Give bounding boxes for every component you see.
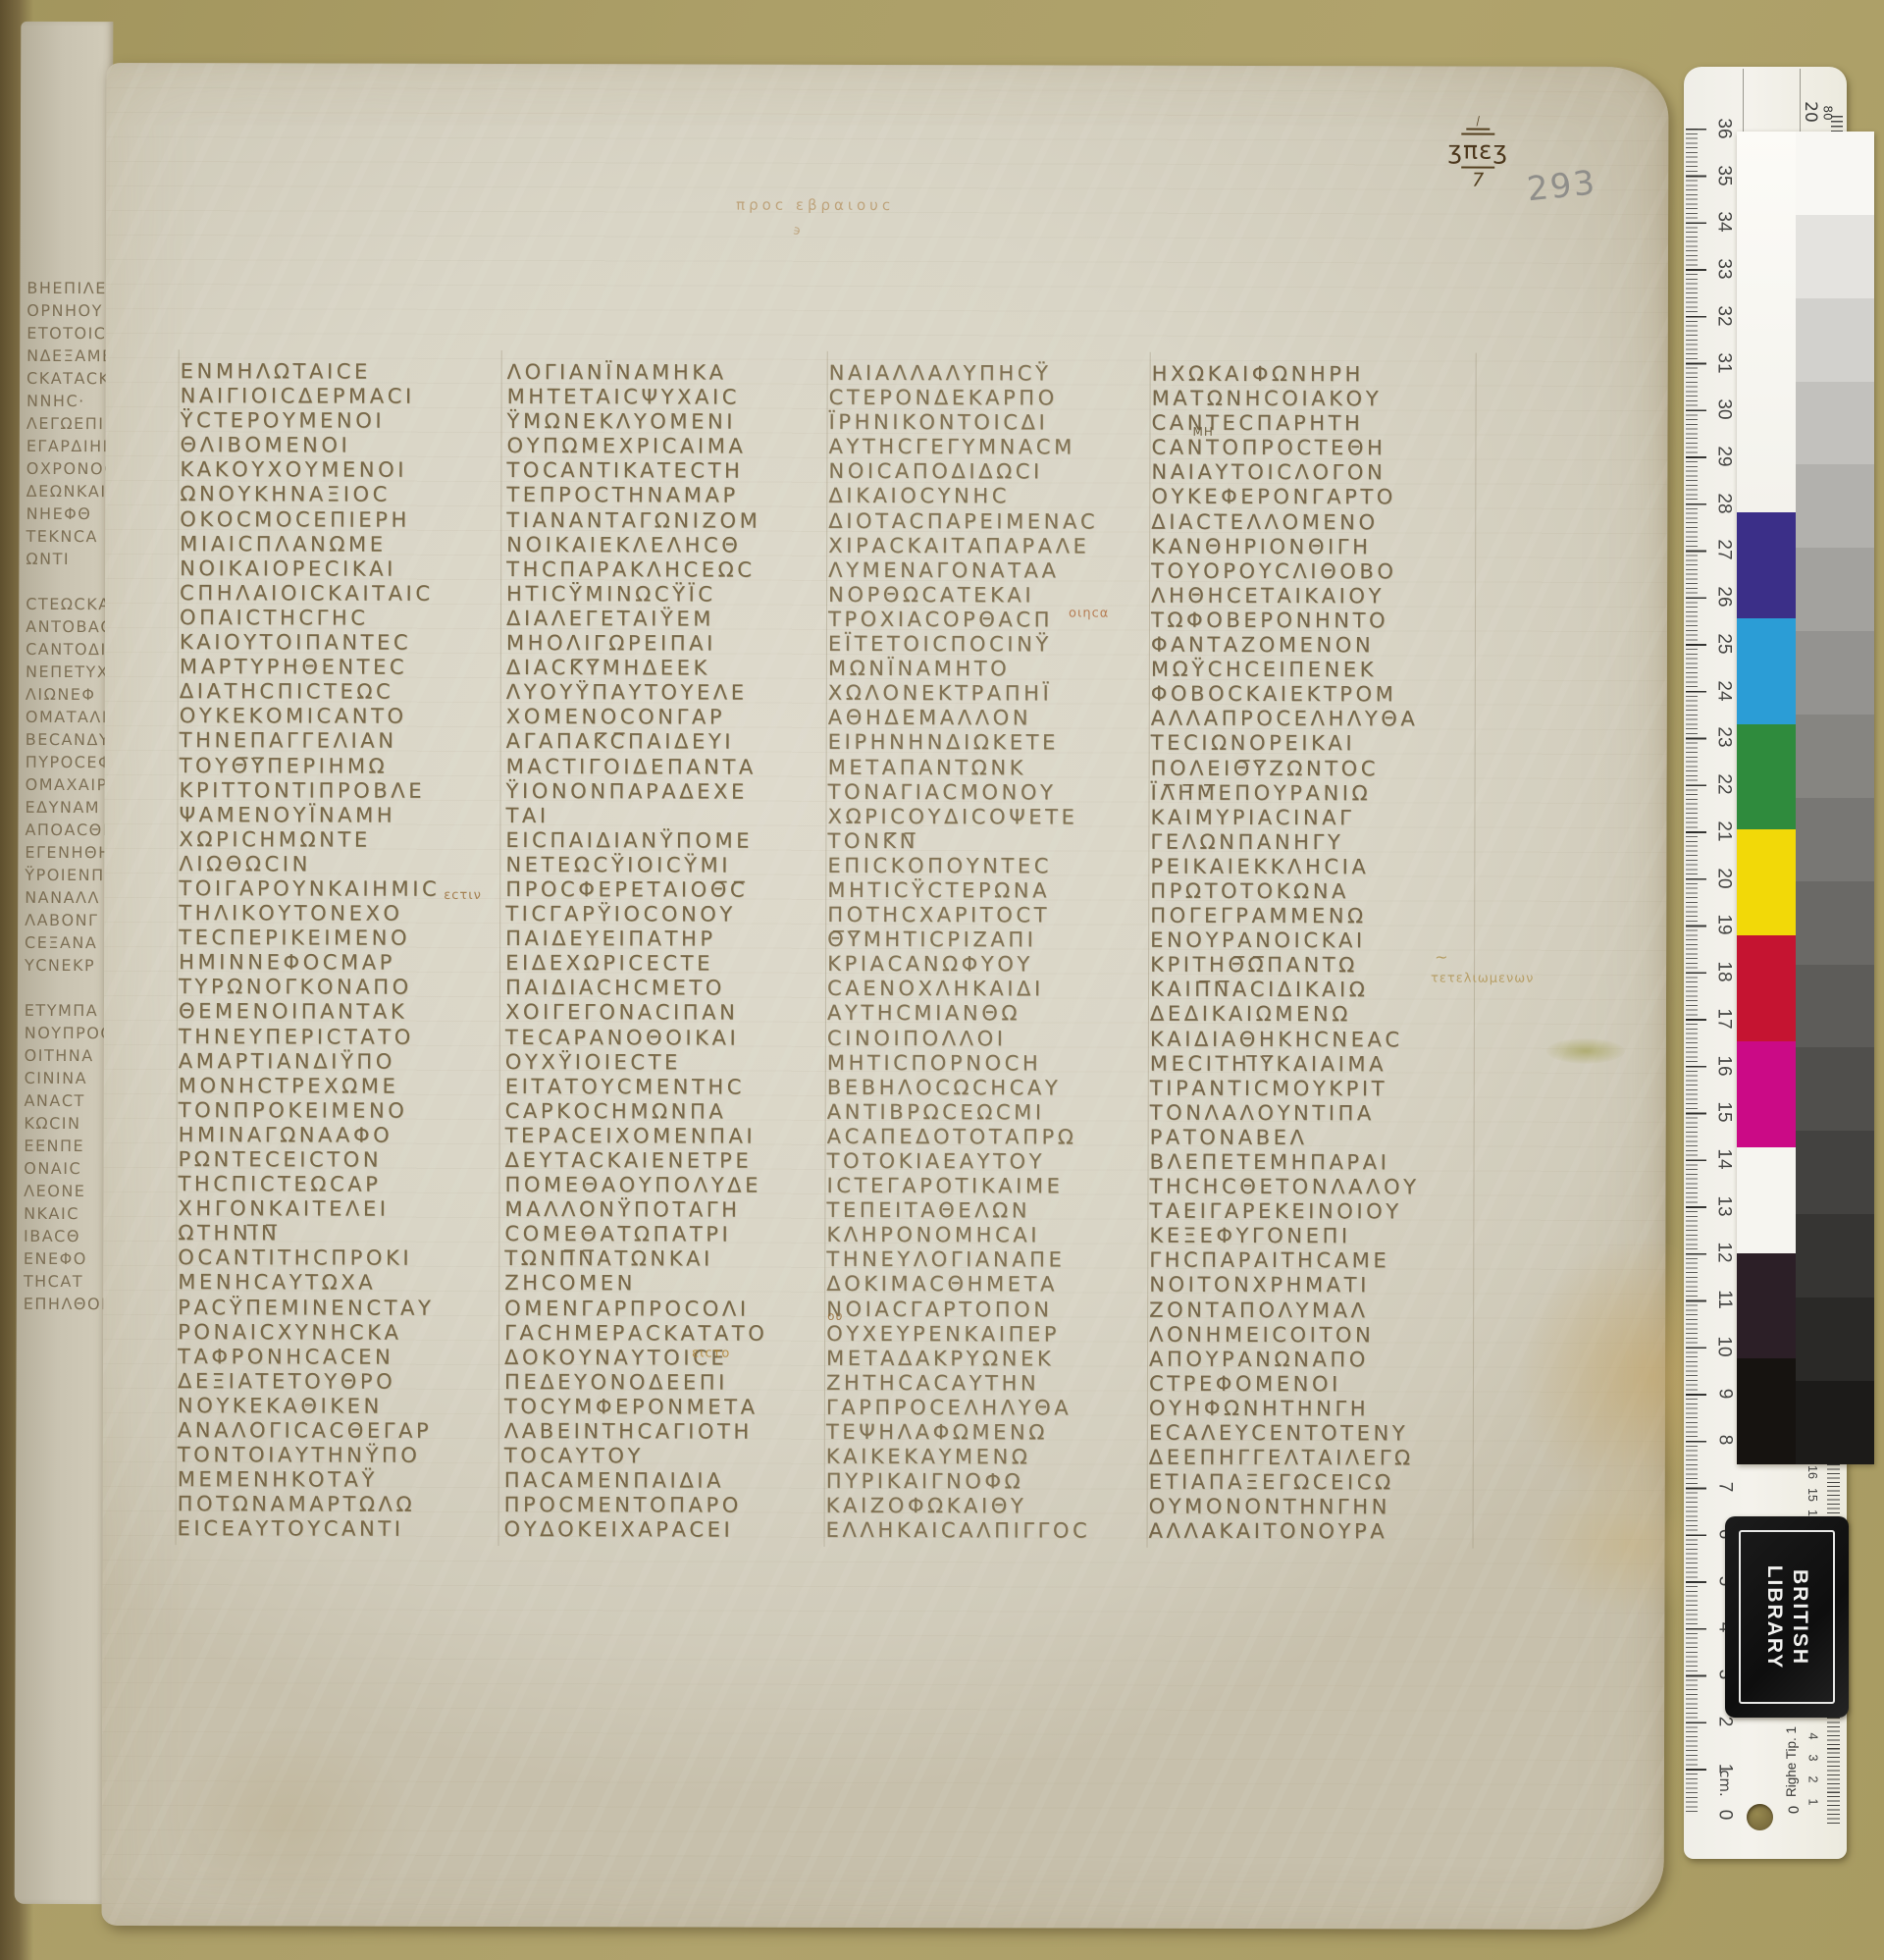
manuscript-line: ΔΙΑΤΗϹΠΙϹΤΕΩϹ <box>180 679 505 705</box>
manuscript-partial-line: ΑΠΟΑϹΘΕ <box>25 819 111 841</box>
manuscript-line: ϹΑΡΚΟϹΗΜΩΝΠΑ <box>505 1099 831 1125</box>
grayscale-step <box>1796 965 1874 1048</box>
cm-number: 2 <box>1713 1717 1735 1727</box>
manuscript-line: ΑΜΑΡΤΙΑΝΔΙΫΠΟ <box>179 1049 504 1075</box>
manuscript-line: ΧΩΛΟΝΕΚΤΡΑΠΗΪ <box>828 681 1154 707</box>
manuscript-line: ΕΙϹΕΑΥΤΟΥϹΑΝΤΙ <box>178 1517 503 1543</box>
manuscript-partial-line: ΤΗϹΑΤ <box>24 1270 110 1293</box>
manuscript-line: ΜΗΤΙϹΠΟΡΝΟϹΗ <box>827 1050 1153 1076</box>
manuscript-line: ΙϹΤΕΓΑΡΟΤΙΚΑΙΜΕ <box>826 1174 1152 1199</box>
cm-number: 27 <box>1713 540 1735 560</box>
cm-number: 24 <box>1713 680 1735 701</box>
manuscript-partial-line: ΕΓΑΡΔΙΗΓ <box>26 435 113 457</box>
manuscript-line: ΤΟΤΟΚΙΑΕΑΥΤΟΥ <box>827 1149 1153 1175</box>
manuscript-line: ΤΗϹΠΙϹΤΕΩϹΑΡ <box>178 1172 503 1197</box>
manuscript-line: ΑΓΑΠΑΚ̅Ϲ̅ΠΑΙΔΕΥΙ <box>506 729 832 755</box>
manuscript-partial-line <box>26 570 112 593</box>
color-patch <box>1737 1041 1796 1147</box>
manuscript-line: ΕΝΜΗΛΩΤΑΙϹΕ <box>181 359 506 385</box>
manuscript-line: ΤΟϹΥΜΦΕΡΟΝΜΕΤΑ <box>504 1395 830 1420</box>
cm-number: 26 <box>1713 587 1735 608</box>
manuscript-line: ΕΝΟΥΡΑΝΟΙϹΚΑΙ <box>1150 928 1476 954</box>
manuscript-line: ΜΑΡΤΥΡΗΘΕΝΤΕϹ <box>180 655 505 680</box>
manuscript-line: ΧΟΜΕΝΟϹΟΝΓΑΡ <box>506 705 832 730</box>
grayscale-step <box>1796 132 1874 215</box>
manuscript-partial-line: ΛΑΒΟΝΓ <box>25 909 111 931</box>
manuscript-line: ΤΟΝΤΟΙΑΥΤΗΝΫΠΟ <box>178 1443 503 1468</box>
cm-number-slot: 14 <box>1708 1136 1740 1183</box>
righe-number-slot: 2 <box>1800 1769 1825 1790</box>
manuscript-line: ΔΙΚΑΙΟϹΥΝΗϹ <box>828 484 1154 509</box>
manuscript-line: ΟΥΧΕΥΡΕΝΚΑΙΠΕΡ <box>826 1322 1152 1348</box>
color-patch <box>1737 829 1796 935</box>
cm-number-slot: 27 <box>1708 527 1740 574</box>
corrector-note-estin: εϲτιν <box>444 888 482 903</box>
manuscript-line: ΝΟΙϹΑΠΟΔΙΔΩϹΙ <box>828 459 1154 485</box>
cm-number: 30 <box>1713 399 1735 420</box>
cm-number: 33 <box>1713 258 1735 279</box>
cm-number: 0 <box>1713 1810 1735 1821</box>
manuscript-partial-line: ϹΑΝΤΟΔΙΚ <box>26 638 112 661</box>
manuscript-line: ΛΑΒΕΙΝΤΗϹΑΓΙΟΤΗ <box>504 1419 830 1445</box>
manuscript-line: ΠΕΔΕΥΟΝΟΔΕΕΠΙ <box>504 1370 830 1396</box>
manuscript-line: ΝΟΙΑϹΓΑΡΤΟΠΟΝ <box>826 1297 1152 1322</box>
cm-number-slot: 30 <box>1708 386 1740 433</box>
manuscript-line: ΚΕΞΕΦΥΓΟΝΕΠΙ <box>1149 1224 1475 1249</box>
cm-number: 34 <box>1713 212 1735 233</box>
manuscript-partial-line: ΕΤΥΜΠΑ <box>25 999 111 1022</box>
corrector-note-ou: ου <box>827 1309 843 1323</box>
manuscript-partial-line: ΝΔΕΞΑΜΕ <box>26 344 113 367</box>
manuscript-partial-line: ΩΝΤΙ <box>26 548 112 570</box>
manuscript-line: ΤΗΝΕΠΑΓΓΕΛΙΑΝ <box>180 729 505 755</box>
cm-number: 35 <box>1713 165 1735 185</box>
cm-number: 32 <box>1713 305 1735 326</box>
color-patch <box>1737 724 1796 830</box>
cm-number-slot: 36 <box>1708 105 1740 152</box>
cm-number-slot: 17 <box>1708 995 1740 1042</box>
manuscript-line: ΠΑϹΑΜΕΝΠΑΙΔΙΑ <box>504 1468 830 1494</box>
manuscript-line: ΑΥΤΗϹΜΙΑΝΘΩ <box>827 1001 1153 1027</box>
previous-folio-text-column: ΒΗΕΠΙΛΕΤΟΡΝΗΟΥΕΤΟΤΟΙϹΑΙΝΔΕΞΑΜΕϹΚΑΤΑϹΚΟΝΝ… <box>24 277 114 1315</box>
manuscript-line: ΟΥΗΦΩΝΗΤΗΝΓΗ <box>1149 1397 1475 1422</box>
cm-number-slot: 8 <box>1708 1417 1740 1464</box>
manuscript-line: ΠΟΓΕΓΡΑΜΜΕΝΩ <box>1150 904 1476 929</box>
manuscript-line: ΑΥΤΗϹΓΕΓΥΜΝΑϹΜ <box>828 435 1154 460</box>
cm-number: 25 <box>1713 633 1735 654</box>
manuscript-partial-line: ΛΕΓΩΕΠΙ <box>26 412 113 435</box>
manuscript-line: ΪΡΗΝΙΚΟΝΤΟΙϹΔΙ <box>828 410 1154 436</box>
cm-number-slot: 24 <box>1708 667 1740 715</box>
cm-number-slot: 7 <box>1708 1463 1740 1510</box>
manuscript-line: ΝΟΙΚΑΙΟΡΕϹΙΚΑΙ <box>180 556 505 582</box>
manuscript-line: ΖΗϹΟΜΕΝ <box>504 1271 830 1297</box>
manuscript-line: ΚΑΙΖΟΦΩΚΑΙΘΥ <box>826 1494 1152 1519</box>
manuscript-partial-line: ϹΤΕΩϹΚΑΤΗ <box>26 593 112 615</box>
quire-mark: ʒπεʒ <box>1437 137 1519 163</box>
manuscript-line: ΜΕΤΑΠΑΝΤΩΝΚ <box>828 755 1154 780</box>
cm-number: 16 <box>1713 1055 1735 1076</box>
card-white-area <box>1737 132 1796 512</box>
manuscript-line: ΠΟΤΩΝΑΜΑΡΤΩΛΩ <box>178 1492 503 1517</box>
manuscript-line: ΗΧΩΚΑΙΦΩΝΗΡΗ <box>1152 362 1478 388</box>
manuscript-line: Θ̅Υ̅ΜΗΤΙϹΡΙΖΑΠΙ <box>827 927 1153 953</box>
manuscript-partial-line <box>25 977 111 999</box>
manuscript-line: ΟΚΟϹΜΟϹΕΠΙΕΡΗ <box>180 507 505 533</box>
cm-number: 19 <box>1713 915 1735 935</box>
running-title: προϲ εβραιουϲ <box>736 196 894 214</box>
grayscale-step <box>1796 548 1874 631</box>
manuscript-line: ΚΡΙΤΤΟΝΤΙΠΡΟΒΛΕ <box>180 778 505 804</box>
corrector-note-tilde: ∼ <box>1435 947 1448 966</box>
manuscript-line: ΘΛΙΒΟΜΕΝΟΙ <box>180 433 505 458</box>
cm-number-slot: 16 <box>1708 1042 1740 1089</box>
manuscript-line: ΜΗΤΕΤΑΙϹΨΥΧΑΙϹ <box>507 385 833 410</box>
color-patch <box>1737 935 1796 1041</box>
manuscript-line: ΓΑΡΠΡΟϹΕΛΗΛΥΘΑ <box>826 1396 1152 1421</box>
righe-number: 2 <box>1805 1776 1819 1783</box>
manuscript-line: ΠΑΙΔΕΥΕΙΠΑΤΗΡ <box>505 927 831 952</box>
manuscript-partial-line: ΛΙΩΝΕΦ <box>26 683 112 706</box>
label-text: BRITISH LIBRARY <box>1761 1564 1812 1669</box>
cm-number: 15 <box>1713 1102 1735 1123</box>
manuscript-line: ΤΙΑΝΑΝΤΑΓΩΝΙΖΟΜ <box>506 508 832 534</box>
manuscript-line: ΜΕΜΕΝΗΚΟΤΑΫ <box>178 1467 503 1493</box>
corrector-note-poiesate: οιηϲα <box>1069 606 1109 620</box>
cm-number: 8 <box>1713 1435 1735 1446</box>
manuscript-line: ΤΗΝΕΥΠΕΡΙϹΤΑΤΟ <box>179 1025 504 1050</box>
british-library-label: BRITISH LIBRARY <box>1725 1516 1849 1718</box>
color-patches <box>1737 512 1796 1464</box>
manuscript-line: ΤΥΡΩΝΟΓΚΟΝΑΠΟ <box>179 975 504 1000</box>
cm-number-slot: 11 <box>1708 1276 1740 1323</box>
manuscript-line: ΕΠΙϹΚΟΠΟΥΝΤΕϹ <box>827 854 1153 879</box>
righe-number-slot: 15 <box>1800 1483 1825 1505</box>
righe-number: 4 <box>1805 1732 1819 1739</box>
manuscript-line: ΩΝΟΥΚΗΝΑΞΙΟϹ <box>180 483 505 508</box>
manuscript-line: ΚΑΚΟΥΧΟΥΜΕΝΟΙ <box>180 457 505 483</box>
cm-number: 12 <box>1713 1243 1735 1263</box>
manuscript-line: ΟΥΚΕΚΟΜΙϹΑΝΤΟ <box>180 704 505 729</box>
manuscript-line: ΡΑϹΫΠΕΜΙΝΕΝϹΤΑΥ <box>178 1296 503 1321</box>
manuscript-line: ΡΕΙΚΑΙΕΚΚΛΗϹΙΑ <box>1150 855 1476 880</box>
manuscript-line: ΦΟΒΟϹΚΑΙΕΚΤΡΟΜ <box>1151 682 1477 708</box>
manuscript-line: ϹΤΕΡΟΝΔΕΚΑΡΠΟ <box>829 386 1155 411</box>
cm-number-slot: 0 <box>1708 1791 1740 1838</box>
manuscript-line: ΤΗΝΕΥΛΟΓΙΑΝΑΠΕ <box>826 1247 1152 1273</box>
text-column-4: ΗΧΩΚΑΙΦΩΝΗΡΗΜΑΤΩΝΗϹΟΙΑΚΟΥϹΑΝΤΕϹΠΑΡΗΤΗϹΑΝ… <box>1149 362 1478 1545</box>
cm-number-slot: 13 <box>1708 1183 1740 1230</box>
manuscript-line: ΤΩΝΠ̅Ν̅ΑΤΩΝΚΑΙ <box>504 1246 830 1272</box>
grayscale-step <box>1796 215 1874 298</box>
cm-number-slot: 34 <box>1708 198 1740 245</box>
manuscript-line: ΤΙϹΓΑΡΫΙΟϹΟΝΟΥ <box>505 902 831 927</box>
manuscript-line: ΧΙΡΑϹΚΑΙΤΑΠΑΡΑΛΕ <box>828 534 1154 559</box>
cm-number-slot: 25 <box>1708 620 1740 667</box>
manuscript-line: ΚΑΙΜΥΡΙΑϹΙΝΑΓ <box>1150 805 1476 830</box>
manuscript-line: ΤΗΛΙΚΟΥΤΟΝΕΧΟ <box>179 901 504 927</box>
righe-number: 15 <box>1805 1488 1819 1502</box>
manuscript-partial-line: ΕΓΕΝΗΘΗ <box>25 841 111 864</box>
manuscript-partial-line: ϹΙΝΙΝΑ <box>25 1067 111 1089</box>
cm-number: 31 <box>1713 352 1735 373</box>
manuscript-partial-line: ΠΥΡΟϹΕΦ <box>26 751 112 773</box>
cm-number-slot: 28 <box>1708 480 1740 527</box>
manuscript-line: ΔΙΟΤΑϹΠΑΡΕΙΜΕΝΑϹ <box>828 508 1154 534</box>
manuscript-line: ΝΟΡΘΩϹΑΤΕΚΑΙ <box>828 583 1154 609</box>
manuscript-line: ΤΑΦΡΟΝΗϹΑϹΕΝ <box>178 1345 503 1370</box>
previous-folio-edge: ΒΗΕΠΙΛΕΤΟΡΝΗΟΥΕΤΟΤΟΙϹΑΙΝΔΕΞΑΜΕϹΚΑΤΑϹΚΟΝΝ… <box>15 22 114 1904</box>
cm-number-slot: 20 <box>1708 855 1740 902</box>
manuscript-line: ϹΑΕΝΟΧΛΗΚΑΙΔΙ <box>827 977 1153 1002</box>
quire-signature: ⁄ ʒπεʒ 7 <box>1437 117 1519 188</box>
manuscript-line: ΟΥΜΟΝΟΝΤΗΝΓΗΝ <box>1149 1495 1475 1520</box>
manuscript-line: ΚΑΙΟΥΤΟΙΠΑΝΤΕϹ <box>180 630 505 656</box>
righe-number-slot: 3 <box>1800 1747 1825 1769</box>
manuscript-line: ΠΟΤΗϹΧΑΡΙΤΟϹΤ <box>827 903 1153 928</box>
ruler-printed-line <box>1743 69 1744 133</box>
manuscript-line: ΑΛΛΑΚΑΙΤΟΝΟΥΡΑ <box>1149 1519 1475 1545</box>
righe-number: 16 <box>1805 1465 1819 1479</box>
manuscript-partial-line: ΝΝΗϹ· <box>26 390 113 412</box>
cm-number-slot: 19 <box>1708 901 1740 948</box>
manuscript-line: ΜΑΛΛΟΝΫΠΟΤΑΓΗ <box>504 1197 830 1223</box>
manuscript-line: ΤΟΥΘ̅Υ̅ΠΕΡΙΗΜΩ <box>180 754 505 779</box>
righe-number-slot: 4 <box>1800 1725 1825 1747</box>
manuscript-line: ΠΡΩΤΟΤΟΚΩΝΑ <box>1150 879 1476 905</box>
grayscale-step <box>1796 1047 1874 1131</box>
manuscript-line: ΜΟΝΗϹΤΡΕΧΩΜΕ <box>179 1074 504 1099</box>
manuscript-line: ΑΛΛΑΠΡΟϹΕΛΗΛΥΘΑ <box>1151 707 1477 732</box>
manuscript-line: ΔΙΑϹΚ̅Υ̅ΜΗΔΕΕΚ <box>506 656 832 681</box>
righe-zero: 0 <box>1784 1806 1800 1815</box>
cm-number-slot: 26 <box>1708 573 1740 620</box>
manuscript-line: ΔΕΔΙΚΑΙΩΜΕΝΩ <box>1150 1002 1476 1028</box>
manuscript-page: προϲ εβραιουϲ ϶ ⁄ ʒπεʒ 7 293 ΕΝΜΗΛΩΤΑΙϹΕ… <box>102 63 1669 1930</box>
quire-flourish: 7 <box>1437 171 1519 188</box>
manuscript-line: ΔΕΕΠΗΓΓΕΛΤΑΙΛΕΓΩ <box>1149 1446 1475 1471</box>
cm-number-slot: 29 <box>1708 433 1740 480</box>
manuscript-line: ΛΟΝΗΜΕΙϹΟΙΤΟΝ <box>1149 1322 1475 1348</box>
manuscript-line: ΦΑΝΤΑΖΟΜΕΝΟΝ <box>1151 633 1477 659</box>
manuscript-line: ΕϹΑΛΕΥϹΕΝΤΟΤΕΝΥ <box>1149 1421 1475 1447</box>
cm-number: 13 <box>1713 1195 1735 1216</box>
parchment-stain <box>161 1722 417 1919</box>
color-patch <box>1737 1253 1796 1359</box>
manuscript-line: ΡΩΝΤΕϹΕΙϹΤΟΝ <box>179 1147 504 1173</box>
color-patch <box>1737 1358 1796 1464</box>
manuscript-line: ΤΕϹΑΡΑΝΟΘΟΙΚΑΙ <box>505 1026 831 1051</box>
label-line-library: LIBRARY <box>1761 1564 1787 1669</box>
manuscript-line: ΑϹΑΠΕΔΟΤΟΤΑΠΡΩ <box>827 1125 1153 1150</box>
manuscript-line: ΛΟΓΙΑΝΪΝΑΜΗΚΑ <box>507 360 833 386</box>
grayscale-step <box>1796 1381 1874 1464</box>
manuscript-line: ΚΡΙΤΗΘ̅Ω̅ΠΑΝΤΩ <box>1150 953 1476 979</box>
manuscript-line: ΤΕΠΕΙΤΑΘΕΛΩΝ <box>826 1198 1152 1224</box>
cm-number-slot: 9 <box>1708 1370 1740 1417</box>
manuscript-line: ΕΛΛΗΚΑΙϹΑΛΠΙΓΓΟϹ <box>826 1518 1152 1544</box>
manuscript-line: ΟΥΠΩΜΕΧΡΙϹΑΙΜΑ <box>506 434 832 459</box>
manuscript-line: ΧΩΡΙϹΗΜΩΝΤΕ <box>179 827 504 853</box>
manuscript-partial-line: ϹΕΞΑΝΑ <box>25 931 111 954</box>
manuscript-partial-line: ΟΧΡΟΝΟϹ <box>26 457 113 480</box>
manuscript-partial-line: ΕΔΥΝΑΜ <box>26 796 112 819</box>
manuscript-line: ΑΘΗΔΕΜΑΛΛΟΝ <box>828 706 1154 731</box>
righe-number-slot: 16 <box>1800 1461 1825 1483</box>
cm-number: 22 <box>1713 774 1735 795</box>
manuscript-partial-line: ΝΕΠΕΤΥΧ <box>26 661 112 683</box>
ruler-hole <box>1747 1804 1773 1830</box>
manuscript-partial-line: ΟΜΑΧΑΙΡ <box>26 773 112 796</box>
text-column-1: ΕΝΜΗΛΩΤΑΙϹΕΝΑΙΓΙΟΙϹΔΕΡΜΑϹΙΫϹΤΕΡΟΥΜΕΝΟΙΘΛ… <box>178 359 506 1542</box>
righe-number-slot: 1 <box>1800 1791 1825 1813</box>
manuscript-line: ΜΙΑΙϹΠΛΑΝΩΜΕ <box>180 532 505 557</box>
manuscript-line: ΜΕΝΗϹΑΥΤΩΧΑ <box>178 1271 503 1297</box>
manuscript-line: ΜΩΝΪΝΑΜΗΤΟ <box>828 657 1154 682</box>
manuscript-line: ΤΟϹΑΝΤΙΚΑΤΕϹΤΗ <box>506 458 832 484</box>
parchment-stain <box>1546 1038 1625 1064</box>
manuscript-line: ΑΝΤΙΒΡΩϹΕΩϹΜΙ <box>827 1100 1153 1126</box>
manuscript-line: ΓΕΛΩΝΠΑΝΗΓΥ <box>1150 829 1476 855</box>
grayscale-step <box>1796 715 1874 798</box>
manuscript-line: ΤΗϹΠΑΡΑΚΛΗϹΕΩϹ <box>506 557 832 583</box>
cm-number: 36 <box>1713 118 1735 138</box>
manuscript-line: ΧΟΙΓΕΓΟΝΑϹΙΠΑΝ <box>505 1000 831 1026</box>
manuscript-line: ΓΑϹΗΜΕΡΑϹΚΑΤΑΤΟ <box>504 1321 830 1347</box>
manuscript-line: ΠΟΛΕΙΘ̅Υ̅ΖΩΝΤΟϹ <box>1151 756 1477 781</box>
manuscript-line: ΔΙΑϹΤΕΛΛΟΜΕΝΟ <box>1151 509 1477 535</box>
manuscript-line: ΗΜΙΝΑΓΩΝΑΑΦΟ <box>179 1123 504 1148</box>
manuscript-line: ΤΟΝΠΡΟΚΕΙΜΕΝΟ <box>179 1098 504 1124</box>
cm-number-slot: 31 <box>1708 340 1740 387</box>
text-column-3: ΝΑΙΑΛΛΑΛΥΠΗϹΫϹΤΕΡΟΝΔΕΚΑΡΠΟΪΡΗΝΙΚΟΝΤΟΙϹΔΙ… <box>826 361 1155 1544</box>
manuscript-line: ΫΜΩΝΕΚΛΥΟΜΕΝΙ <box>506 409 832 435</box>
manuscript-line: ΝΑΙΓΙΟΙϹΔΕΡΜΑϹΙ <box>181 384 506 409</box>
manuscript-line: ΜΕΤΑΔΑΚΡΥΩΝΕΚ <box>826 1347 1152 1372</box>
manuscript-line: ΖΟΝΤΑΠΟΛΥΜΑΛ <box>1149 1298 1475 1323</box>
manuscript-line: ΚΡΙΑϹΑΝΩΦΥΟΥ <box>827 952 1153 978</box>
manuscript-line: ΠΟΜΕΘΑΟΥΠΟΛΥΔΕ <box>504 1173 830 1198</box>
grayscale-step <box>1796 298 1874 382</box>
manuscript-line: ΛΥΜΕΝΑΓΟΝΑΤΑΑ <box>828 558 1154 584</box>
manuscript-line: ΠΥΡΙΚΑΙΓΝΟΦΩ <box>826 1469 1152 1495</box>
cm-number: 7 <box>1713 1482 1735 1493</box>
manuscript-line: ΛΥΟΥΫΠΑΥΤΟΥΕΛΕ <box>506 680 832 706</box>
manuscript-partial-line: ϹΚΑΤΑϹΚΟ <box>26 367 113 390</box>
manuscript-line: ΝΟΙΤΟΝΧΡΗΜΑΤΙ <box>1149 1273 1475 1298</box>
manuscript-line: ΟϹΑΝΤΙΤΗϹΠΡΟΚΙ <box>178 1245 503 1271</box>
manuscript-line: ϹΙΝΟΙΠΟΛΛΟΙ <box>827 1026 1153 1051</box>
manuscript-line: ΓΗϹΠΑΡΑΙΤΗϹΑΜΕ <box>1149 1248 1475 1274</box>
manuscript-partial-line: ΑΝΑϹΤ <box>24 1089 110 1112</box>
cm-number-slot: 10 <box>1708 1323 1740 1370</box>
manuscript-partial-line: ΝΑΝΑΛΛ <box>25 886 111 909</box>
manuscript-line: ΤΑΙ <box>505 804 831 829</box>
corrector-note-teteliomenon: τετελιωμενων <box>1431 971 1534 985</box>
manuscript-line: ΝΟΥΚΕΚΑΘΙΚΕΝ <box>178 1394 503 1419</box>
manuscript-line: ΡΑΤΟΝΑΒΕΛ <box>1150 1126 1476 1151</box>
righe-number: 1 <box>1805 1798 1819 1805</box>
grayscale-step <box>1796 881 1874 965</box>
manuscript-partial-line: ΝΟΥΠΡΟϹ <box>25 1022 111 1044</box>
grayscale-step <box>1796 1298 1874 1381</box>
manuscript-line: ΗΤΙϹΫΜΙΝΩϹΫΪϹ <box>506 582 832 608</box>
manuscript-line: ΔΟΚΟΥΝΑΥΤΟΙϹΕ <box>504 1346 830 1371</box>
manuscript-line: ΚΑΙΔΙΑΘΗΚΗϹΝΕΑϹ <box>1150 1027 1476 1052</box>
manuscript-partial-line: ΟΜΑΤΑΛΕΟ <box>26 706 112 728</box>
cm-number-slot: 33 <box>1708 245 1740 292</box>
manuscript-line: ΔΕΞΙΑΤΕΤΟΥΘΡΟ <box>178 1369 503 1395</box>
label-line-british: BRITISH <box>1787 1564 1812 1669</box>
manuscript-line: ΝΟΙΚΑΙΕΚΛΕΛΗϹΘ <box>506 533 832 558</box>
manuscript-line: ΔΙΑΛΕΓΕΤΑΙΫΕΜ <box>506 607 832 632</box>
manuscript-line: ΤΩΦΟΒΕΡΟΝΗΝΤΟ <box>1151 609 1477 634</box>
quire-bar <box>1461 167 1494 169</box>
manuscript-line: ΠΡΟϹΜΕΝΤΟΠΑΡΟ <box>504 1493 830 1518</box>
manuscript-line: ΑΠΟΥΡΑΝΩΝΑΠΟ <box>1149 1347 1475 1372</box>
cm-number-slot: 21 <box>1708 808 1740 855</box>
manuscript-line: ΤΟϹΑΥΤΟΥ <box>504 1444 830 1469</box>
color-patch <box>1737 512 1796 618</box>
color-patch <box>1737 1147 1796 1253</box>
manuscript-line: ΒΕΒΗΛΟϹΩϹΗϹΑΥ <box>827 1076 1153 1101</box>
manuscript-line: ϹΠΗΛΑΙΟΙϹΚΑΙΤΑΙϹ <box>180 581 505 607</box>
corrector-note-me: ΜΗ <box>1192 425 1213 439</box>
manuscript-line: ΚΛΗΡΟΝΟΜΗϹΑΙ <box>826 1223 1152 1248</box>
manuscript-line: ΝΑΙΑΛΛΑΛΥΠΗϹΫ <box>829 361 1155 387</box>
manuscript-line: ϹΑΝΤΟΠΡΟϹΤΕΘΗ <box>1151 436 1477 461</box>
cm-number: 21 <box>1713 821 1735 841</box>
manuscript-line: ϹΤΡΕΦΟΜΕΝΟΙ <box>1149 1372 1475 1398</box>
manuscript-line: ΪΛ̅Η̅Μ̅ΕΠΟΥΡΑΝΙΩ <box>1151 780 1477 806</box>
manuscript-line: ΚΑΙΠ̅Ν̅ΑϹΙΔΙΚΑΙΩ <box>1150 978 1476 1003</box>
manuscript-line: ΤΕΡΑϹΕΙΧΟΜΕΝΠΑΙ <box>505 1124 831 1149</box>
manuscript-partial-line: ΙΒΑϹΘ <box>24 1225 110 1247</box>
manuscript-line: ΕΙϹΠΑΙΔΙΑΝΫΠΟΜΕ <box>505 828 831 854</box>
manuscript-line: ΜΗΟΛΙΓΩΡΕΙΠΑΙ <box>506 631 832 657</box>
manuscript-line: ΫϹΤΕΡΟΥΜΕΝΟΙ <box>180 408 505 434</box>
manuscript-line: ΟΥΧΫΙΟΙΕϹΤΕ <box>505 1050 831 1076</box>
manuscript-line: ΫΙΟΝΟΝΠΑΡΑΔΕΧΕ <box>506 779 832 805</box>
cm-unit-label: cm. <box>1716 1770 1734 1797</box>
manuscript-line: ΤΕΠΡΟϹΤΗΝΑΜΑΡ <box>506 483 832 508</box>
manuscript-partial-line: ΒΗΕΠΙΛΕΤ <box>26 277 113 299</box>
manuscript-line: ΛΗΘΗϹΕΤΑΙΚΑΙΟΥ <box>1151 584 1477 609</box>
manuscript-partial-line: ΟΡΝΗΟΥ <box>26 299 113 322</box>
manuscript-partial-line: ΚΩϹΙΝ <box>24 1112 110 1135</box>
manuscript-line: ΜΑΤΩΝΗϹΟΙΑΚΟΥ <box>1152 387 1478 412</box>
manuscript-line: ΛΙΩΘΩϹΙΝ <box>179 852 504 877</box>
ruler-top-number-20: 20 <box>1801 101 1820 123</box>
manuscript-line: ΕΙΔΕΧΩΡΙϹΕϹΤΕ <box>505 951 831 977</box>
cm-number: 23 <box>1713 727 1735 748</box>
manuscript-line: ΤΟΝΛΑΛΟΥΝΤΙΠΑ <box>1150 1101 1476 1127</box>
manuscript-line: ΤΕΨΗΛΑΦΩΜΕΝΩ <box>826 1420 1152 1446</box>
text-column-2: ΛΟΓΙΑΝΪΝΑΜΗΚΑΜΗΤΕΤΑΙϹΨΥΧΑΙϹΫΜΩΝΕΚΛΥΟΜΕΝΙ… <box>504 360 833 1543</box>
manuscript-line: ΚΑΙΚΕΚΑΥΜΕΝΩ <box>826 1445 1152 1470</box>
righe-number: 3 <box>1805 1755 1819 1762</box>
manuscript-line: ΤΑΕΙΓΑΡΕΚΕΙΝΟΙΟΥ <box>1149 1199 1475 1225</box>
manuscript-partial-line: ΕΕΝΠΕ <box>24 1135 110 1157</box>
manuscript-photo-scene: ΒΗΕΠΙΛΕΤΟΡΝΗΟΥΕΤΟΤΟΙϹΑΙΝΔΕΞΑΜΕϹΚΑΤΑϹΚΟΝΝ… <box>0 0 1884 1960</box>
manuscript-line: ΒΛΕΠΕΤΕΜΗΠΑΡΑΙ <box>1150 1150 1476 1176</box>
manuscript-line: ΝΑΙΑΥΤΟΙϹΛΟΓΟΝ <box>1151 460 1477 486</box>
manuscript-partial-line: ΛΕΟΝΕ <box>24 1180 110 1202</box>
cm-number-slot: 22 <box>1708 761 1740 808</box>
manuscript-line: ΟΥΚΕΦΕΡΟΝΓΑΡΤΟ <box>1151 485 1477 510</box>
cm-number: 20 <box>1713 868 1735 888</box>
manuscript-line: ΜΑϹΤΙΓΟΙΔΕΠΑΝΤΑ <box>506 754 832 779</box>
